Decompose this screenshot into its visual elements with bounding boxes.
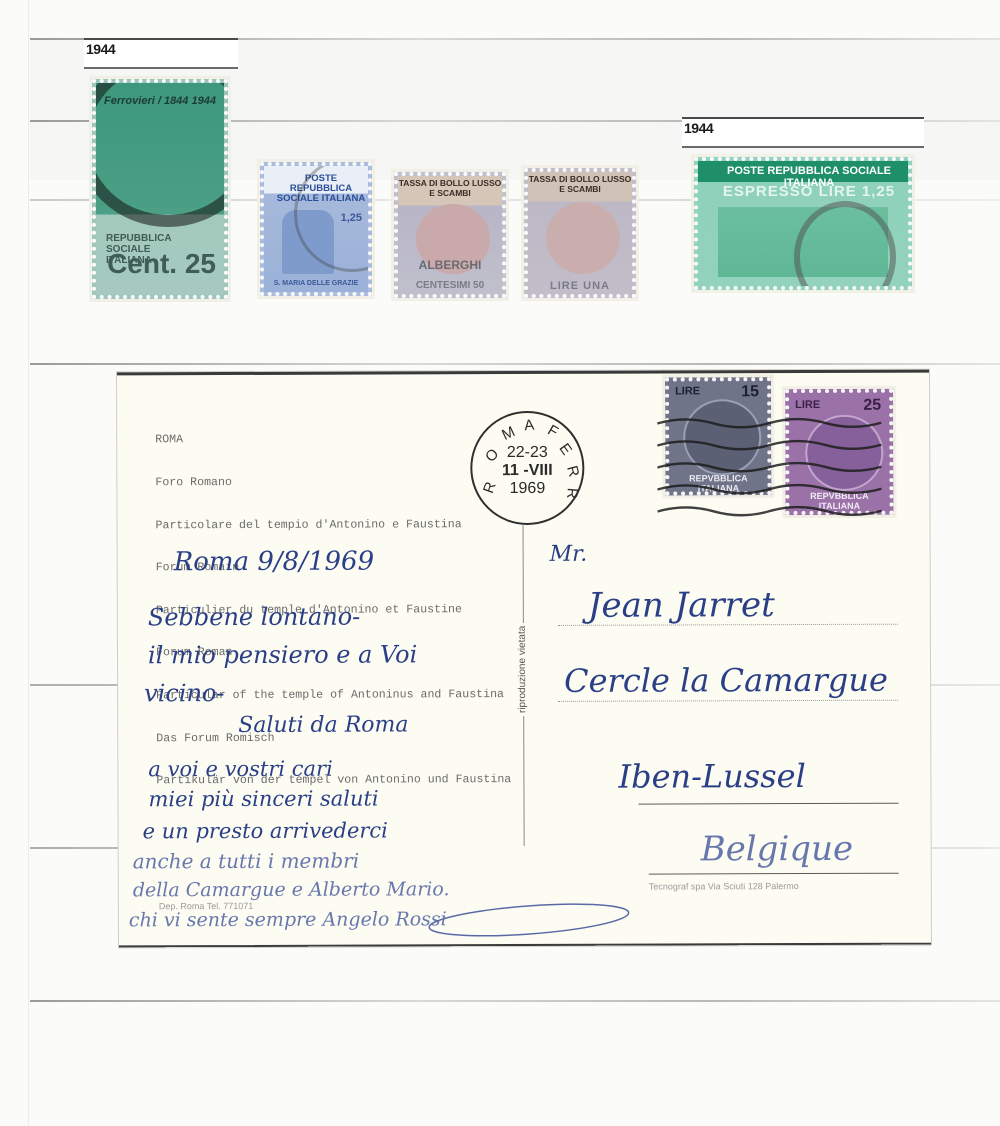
message-line: Saluti da Roma	[238, 712, 408, 738]
address-guide-line	[649, 873, 899, 875]
stamp-overprint: ALBERGHI	[398, 258, 502, 272]
message-line: il mio pensiero e a Voi	[148, 640, 417, 669]
postmark-arc-f: F	[545, 422, 561, 441]
stamp-subject: S. MARIA DELLE GRAZIE	[264, 280, 368, 287]
signature-flourish	[419, 894, 639, 945]
stamp-denomination: LIRE UNA	[528, 280, 632, 292]
postmark-arc-m: M	[499, 423, 518, 444]
year-label: 1944	[84, 38, 238, 69]
message-line: chi vi sente sempre Angelo Rossi	[129, 908, 447, 931]
postmark-date: 11 -VIII	[472, 463, 582, 479]
strip-divider	[30, 1000, 1000, 1002]
message-line: e un presto arrivederci	[143, 818, 388, 843]
message-line: a voi e vostri cari	[148, 757, 332, 782]
caption-line: Foro Romano	[155, 475, 510, 490]
postcard[interactable]: ROMA Foro Romano Particolare del tempio …	[117, 370, 931, 948]
wavy-cancel-lines	[657, 413, 887, 524]
postmark: R O M A F E R R 22-23 11 -VIII 1969	[470, 411, 584, 525]
stamp-denomination: 1,25	[862, 183, 895, 200]
stamp-currency: LIRE	[795, 399, 820, 411]
stamp-revenue-1-lira[interactable]: TASSA DI BOLLO LUSSO E SCAMBI LIRE UNA	[524, 168, 636, 298]
cancel-mark	[92, 79, 228, 227]
message-line: vicino-	[144, 679, 224, 707]
stamp-top-text: TASSA DI BOLLO LUSSO E SCAMBI	[398, 178, 502, 198]
espresso-label: ESPRESSO	[723, 183, 814, 200]
postmark-arc-a: A	[523, 417, 535, 435]
divider-label: riproduzione vietata	[517, 623, 528, 716]
year-label: 1944	[682, 117, 924, 148]
message-line: Roma 9/8/1969	[174, 547, 375, 578]
stamp-top-text: TASSA DI BOLLO LUSSO E SCAMBI	[528, 174, 632, 194]
address-guide-line	[639, 803, 899, 805]
address-line: Mr.	[550, 542, 588, 567]
stamp-rsi-125-blue[interactable]: POSTE REPUBBLICA SOCIALE ITALIANA 1,25 S…	[260, 162, 372, 296]
printer-credit-right: Tecnograf spa Via Sciuti 128 Palermo	[649, 881, 799, 892]
stamp-label: ESPRESSO LIRE 1,25	[698, 183, 908, 200]
stamp-currency: LIRE	[675, 385, 700, 397]
stamp-rsi-espresso[interactable]: POSTE REPUBBLICA SOCIALE ITALIANA ESPRES…	[694, 157, 912, 290]
address-line: Cercle la Camargue	[564, 661, 888, 700]
stamp-currency: LIRE	[819, 183, 857, 200]
strip-divider	[30, 363, 1000, 365]
address-line: Iben-Lussel	[618, 757, 805, 796]
portrait-medallion	[546, 202, 620, 274]
stamp-value: 15	[741, 383, 759, 401]
stamp-denomination: CENTESIMI 50	[398, 280, 502, 291]
stamp-denomination: Cent. 25	[107, 248, 216, 280]
stamp-revenue-50c[interactable]: TASSA DI BOLLO LUSSO E SCAMBI ALBERGHI C…	[394, 172, 506, 298]
stamp-rsi-25c-green[interactable]: Ferrovieri / 1844 1944 REPUBBLICA SOCIAL…	[92, 79, 228, 299]
postmark-time: 22-23	[472, 445, 582, 461]
message-line: anche a tutti i membri	[133, 849, 359, 874]
message-line: Sebbene lontano-	[148, 603, 361, 632]
caption-line: Particolare del tempio d'Antonino e Faus…	[156, 518, 511, 533]
address-guide-line	[558, 700, 898, 702]
page-edge	[28, 0, 29, 1126]
message-line: miei più sinceri saluti	[148, 787, 378, 812]
caption-line: ROMA	[155, 432, 510, 447]
postmark-year: 1969	[472, 481, 582, 497]
address-line: Belgique	[701, 829, 854, 870]
message-line: della Camargue e Alberto Mario.	[133, 878, 450, 901]
address-line: Jean Jarret	[588, 585, 775, 626]
